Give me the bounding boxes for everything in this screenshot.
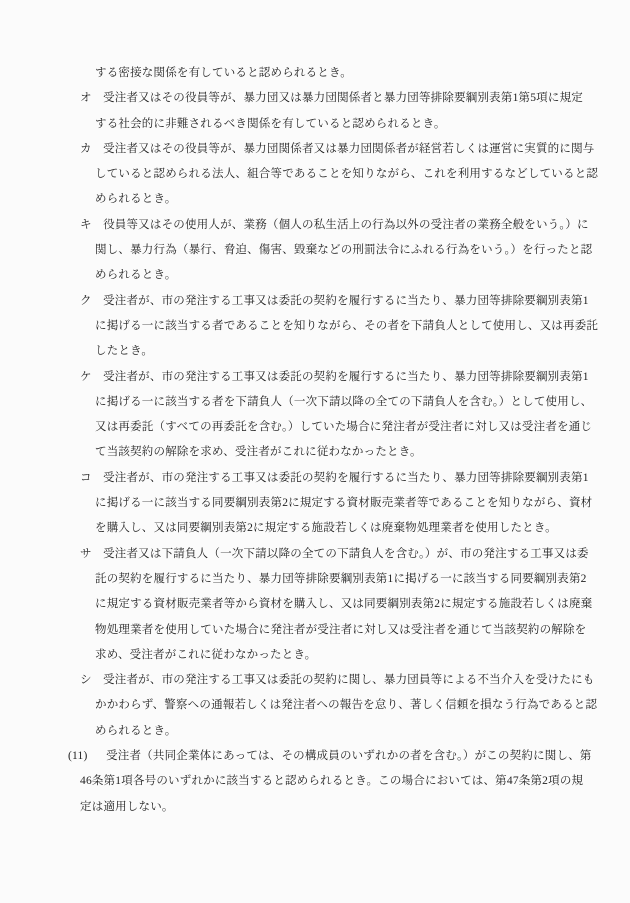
document-line: 物処理業者を使用していた場合に発注者が受注者に対し又は受注者を通じて当該契約の解… xyxy=(0,623,630,648)
document-line: 定は適用しない。 xyxy=(0,800,630,825)
line-text: 受注者又はその役員等が、暴力団又は暴力団関係者と暴力団等排除要綱別表第1第5項に… xyxy=(103,92,583,104)
list-item-label: サ xyxy=(80,547,100,561)
line-text: に規定する資材販売業者等から資材を購入し、又は同要綱別表第2に規定する施設若しく… xyxy=(95,598,592,610)
document-line: ク 受注者が、市の発注する工事又は委託の契約を履行するに当たり、暴力団等排除要綱… xyxy=(0,294,630,319)
line-text: を購入し、又は同要綱別表第2に規定する施設若しくは廃棄物処理業者を使用したとき。 xyxy=(95,522,557,534)
line-text: かかわらず、警察への通報若しくは発注者への報告を怠り、著しく信頼を損なう行為であ… xyxy=(95,699,597,711)
document-line: カ 受注者又はその役員等が、暴力団関係者又は暴力団関係者が経営若しくは運営に実質… xyxy=(0,142,630,167)
line-text: 定は適用しない。 xyxy=(80,801,174,813)
line-text: 受注者（共同企業体にあっては、その構成員のいずれかの者を含む。）がこの契約に関し… xyxy=(106,750,592,762)
document-line: に掲げる一に該当する者であることを知りながら、その者を下請負人として使用し、又は… xyxy=(0,319,630,344)
document-line: する密接な関係を有していると認められるとき。 xyxy=(0,66,630,91)
line-text: 受注者又は下請負人（一次下請以降の全ての下請負人を含む。）が、市の発注する工事又… xyxy=(103,548,589,560)
line-text: したとき。 xyxy=(95,345,153,357)
document-line: コ 受注者が、市の発注する工事又は委託の契約を履行するに当たり、暴力団等排除要綱… xyxy=(0,471,630,496)
line-text: められるとき。 xyxy=(95,193,176,205)
document-page: する密接な関係を有していると認められるとき。 オ 受注者又はその役員等が、暴力団… xyxy=(0,0,630,903)
document-line: て当該契約の解除を求め、受注者がこれに従わなかったとき。 xyxy=(0,445,630,470)
contract-clause-text-block: する密接な関係を有していると認められるとき。 オ 受注者又はその役員等が、暴力団… xyxy=(0,66,630,825)
document-line: 求め、受注者がこれに従わなかったとき。 xyxy=(0,648,630,673)
line-text: に掲げる一に該当する者を下請負人（一次下請以降の全ての下請負人を含む。）として使… xyxy=(95,396,592,408)
list-item-label: カ xyxy=(80,142,100,156)
document-line: を購入し、又は同要綱別表第2に規定する施設若しくは廃棄物処理業者を使用したとき。 xyxy=(0,521,630,546)
document-page-body: { "page": { "background": "#fbfbfb", "te… xyxy=(0,0,630,903)
document-line: められるとき。 xyxy=(0,724,630,749)
line-text: 受注者又はその役員等が、暴力団関係者又は暴力団関係者が経営若しくは運営に実質的に… xyxy=(103,143,594,155)
line-text: していると認められる法人、組合等であることを知りながら、これを利用するなどしてい… xyxy=(95,168,598,180)
line-text: に掲げる一に該当する者であることを知りながら、その者を下請負人として使用し、又は… xyxy=(95,320,598,332)
line-text: て当該契約の解除を求め、受注者がこれに従わなかったとき。 xyxy=(95,446,422,458)
list-item-label: (11) xyxy=(68,749,103,763)
line-text: 求め、受注者がこれに従わなかったとき。 xyxy=(95,649,316,661)
document-line: サ 受注者又は下請負人（一次下請以降の全ての下請負人を含む。）が、市の発注する工… xyxy=(0,547,630,572)
line-text: 役員等又はその使用人が、業務（個人の私生活上の行為以外の受注者の業務全般をいう。… xyxy=(103,219,589,231)
document-line: 関し、暴力行為（暴行、脅迫、傷害、毀棄などの刑罰法令にふれる行為をいう。）を行っ… xyxy=(0,243,630,268)
document-line: に掲げる一に該当する同要綱別表第2に規定する資材販売業者等であることを知りながら… xyxy=(0,496,630,521)
document-line: 又は再委託（すべての再委託を含む。）していた場合に発注者が受注者に対し又は受注者… xyxy=(0,420,630,445)
document-line: したとき。 xyxy=(0,344,630,369)
line-text: する密接な関係を有していると認められるとき。 xyxy=(95,67,352,79)
list-item-label: オ xyxy=(80,91,100,105)
document-line: に掲げる一に該当する者を下請負人（一次下請以降の全ての下請負人を含む。）として使… xyxy=(0,395,630,420)
document-line: に規定する資材販売業者等から資材を購入し、又は同要綱別表第2に規定する施設若しく… xyxy=(0,597,630,622)
document-line: 託の契約を履行するに当たり、暴力団等排除要綱別表第1に掲げる一に該当する同要綱別… xyxy=(0,572,630,597)
line-text: 又は再委託（すべての再委託を含む。）していた場合に発注者が受注者に対し又は受注者… xyxy=(95,421,592,433)
line-text: められるとき。 xyxy=(95,269,176,281)
list-item-label: コ xyxy=(80,471,100,485)
document-line: する社会的に非難されるべき関係を有していると認められるとき。 xyxy=(0,117,630,142)
line-text: 受注者が、市の発注する工事又は委託の契約を履行するに当たり、暴力団等排除要綱別表… xyxy=(103,472,589,484)
line-text: 受注者が、市の発注する工事又は委託の契約を履行するに当たり、暴力団等排除要綱別表… xyxy=(103,371,589,383)
document-line: められるとき。 xyxy=(0,192,630,217)
list-item-label: キ xyxy=(80,218,100,232)
document-line: められるとき。 xyxy=(0,268,630,293)
list-item-label: ク xyxy=(80,294,100,308)
list-item-label: ケ xyxy=(80,370,100,384)
document-line: (11) 受注者（共同企業体にあっては、その構成員のいずれかの者を含む。）がこの… xyxy=(0,749,630,774)
list-item-label: シ xyxy=(80,673,100,687)
line-text: 46条第1項各号のいずれかに該当すると認められるとき。この場合においては、第47… xyxy=(80,775,583,787)
document-line: シ 受注者が、市の発注する工事又は委託の契約に関し、暴力団員等による不当介入を受… xyxy=(0,673,630,698)
document-line: キ 役員等又はその使用人が、業務（個人の私生活上の行為以外の受注者の業務全般をい… xyxy=(0,218,630,243)
line-text: 関し、暴力行為（暴行、脅迫、傷害、毀棄などの刑罰法令にふれる行為をいう。）を行っ… xyxy=(95,244,592,256)
line-text: められるとき。 xyxy=(95,725,176,737)
document-line: オ 受注者又はその役員等が、暴力団又は暴力団関係者と暴力団等排除要綱別表第1第5… xyxy=(0,91,630,116)
line-text: 受注者が、市の発注する工事又は委託の契約に関し、暴力団員等による不当介入を受けた… xyxy=(103,674,594,686)
line-text: する社会的に非難されるべき関係を有していると認められるとき。 xyxy=(95,118,446,130)
line-text: 託の契約を履行するに当たり、暴力団等排除要綱別表第1に掲げる一に該当する同要綱別… xyxy=(95,573,587,585)
document-line: 46条第1項各号のいずれかに該当すると認められるとき。この場合においては、第47… xyxy=(0,774,630,799)
line-text: に掲げる一に該当する同要綱別表第2に規定する資材販売業者等であることを知りながら… xyxy=(95,497,592,509)
line-text: 受注者が、市の発注する工事又は委託の契約を履行するに当たり、暴力団等排除要綱別表… xyxy=(103,295,589,307)
document-line: ケ 受注者が、市の発注する工事又は委託の契約を履行するに当たり、暴力団等排除要綱… xyxy=(0,370,630,395)
document-line: していると認められる法人、組合等であることを知りながら、これを利用するなどしてい… xyxy=(0,167,630,192)
line-text: 物処理業者を使用していた場合に発注者が受注者に対し又は受注者を通じて当該契約の解… xyxy=(95,624,586,636)
document-line: かかわらず、警察への通報若しくは発注者への報告を怠り、著しく信頼を損なう行為であ… xyxy=(0,698,630,723)
